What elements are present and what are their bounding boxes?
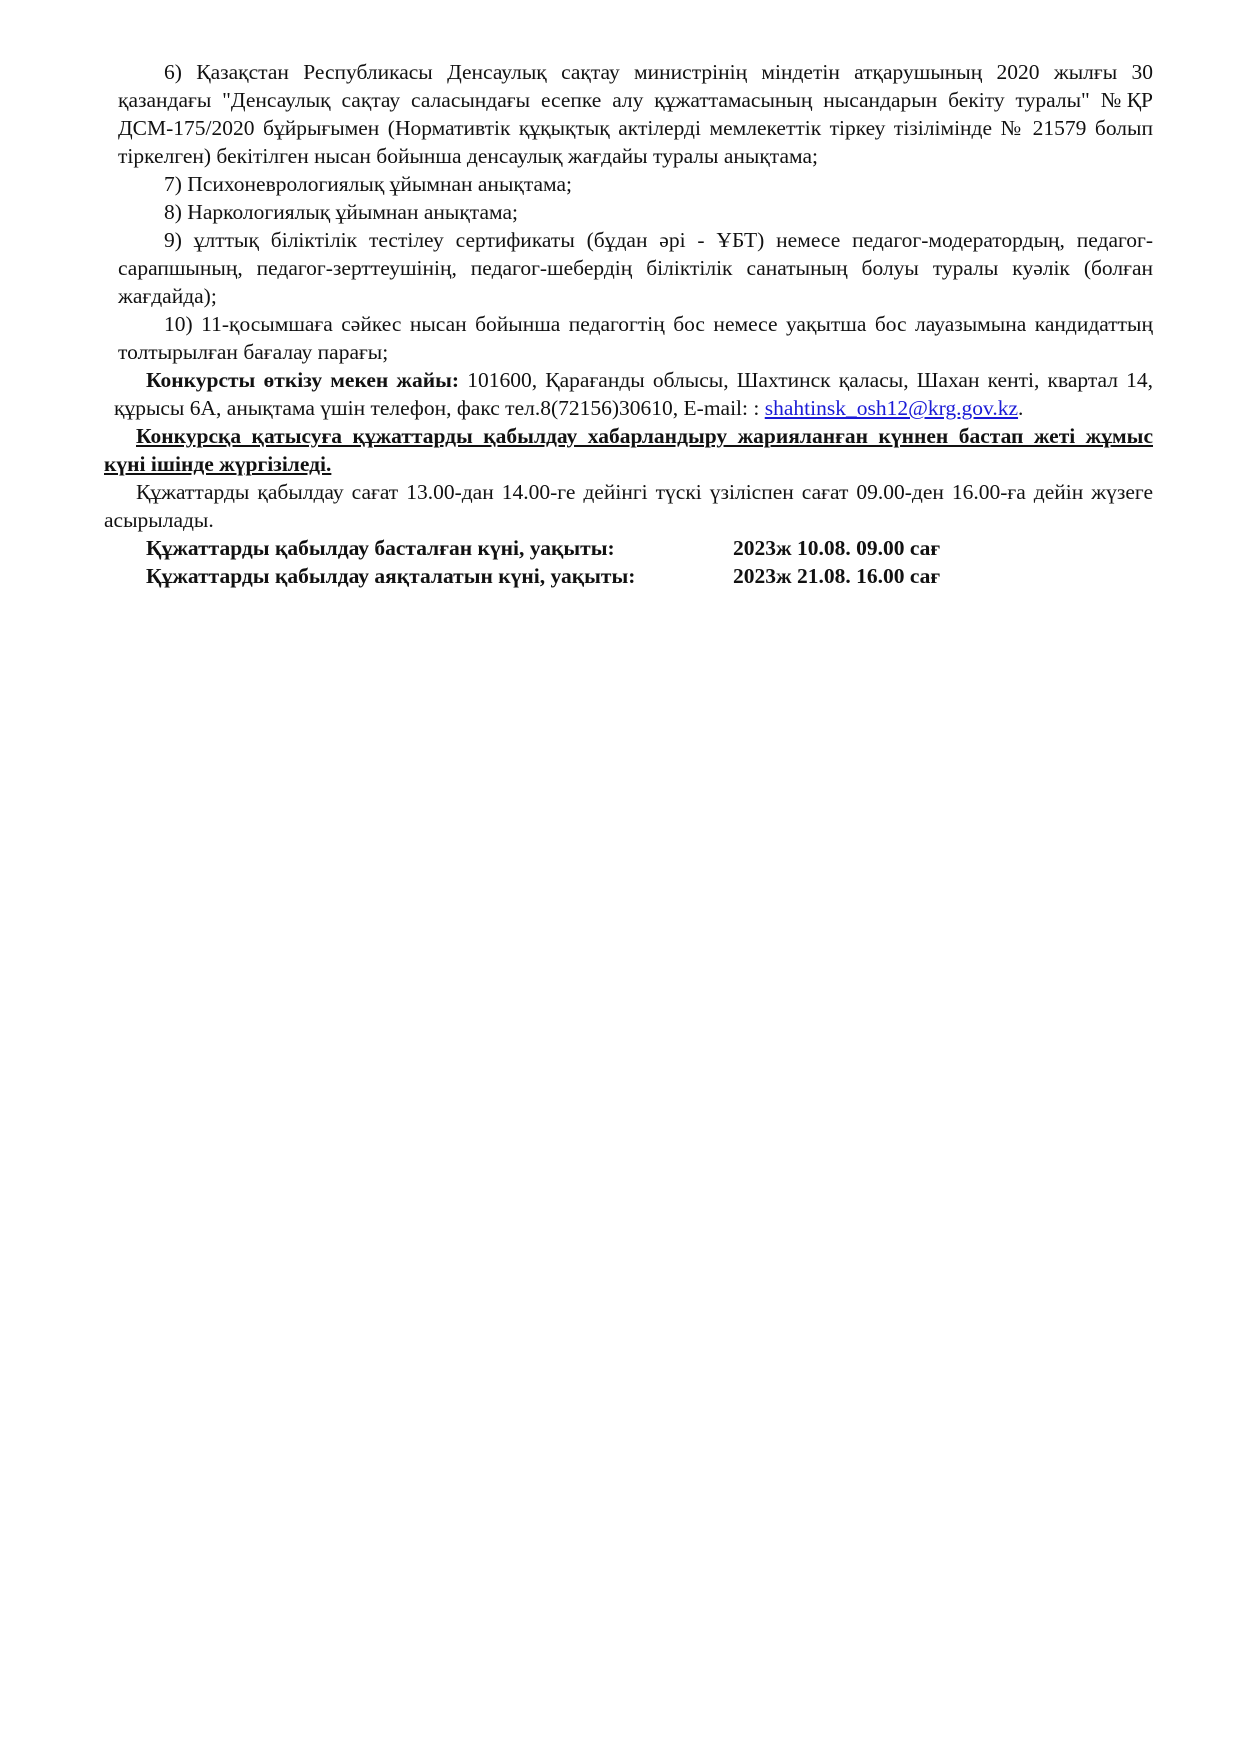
item-text: 11-қосымшаға сәйкес нысан бойынша педаго… <box>118 312 1153 364</box>
item-number: 6) <box>164 60 182 84</box>
list-item-10: 10) 11-қосымшаға сәйкес нысан бойынша пе… <box>118 310 1153 366</box>
end-date-value: 2023ж 21.08. 16.00 сағ <box>733 562 940 590</box>
item-number: 8) <box>164 200 182 224</box>
list-item-7: 7) Психоневрологиялық ұйымнан анықтама; <box>118 170 1153 198</box>
address-trailing: . <box>1018 396 1023 420</box>
item-number: 7) <box>164 172 182 196</box>
start-date-label: Құжаттарды қабылдау басталған күні, уақы… <box>146 534 733 562</box>
item-text: ұлттық біліктілік тестілеу сертификаты (… <box>118 228 1153 308</box>
item-text: Психоневрологиялық ұйымнан анықтама; <box>187 172 572 196</box>
list-item-8: 8) Наркологиялық ұйымнан анықтама; <box>118 198 1153 226</box>
email-link[interactable]: shahtinsk_osh12@krg.gov.kz <box>765 396 1018 420</box>
item-number: 10) <box>164 312 193 336</box>
item-text: Қазақстан Республикасы Денсаулық сақтау … <box>118 60 1153 168</box>
document-page: 6) Қазақстан Республикасы Денсаулық сақт… <box>118 58 1153 590</box>
item-number: 9) <box>164 228 182 252</box>
reception-hours: Құжаттарды қабылдау сағат 13.00-дан 14.0… <box>104 478 1153 534</box>
item-text: Наркологиялық ұйымнан анықтама; <box>187 200 518 224</box>
start-date-value: 2023ж 10.08. 09.00 сағ <box>733 534 940 562</box>
reception-dates: Құжаттарды қабылдау басталған күні, уақы… <box>114 534 1153 590</box>
list-item-6: 6) Қазақстан Республикасы Денсаулық сақт… <box>118 58 1153 170</box>
submission-notice: Конкурсқа қатысуға құжаттарды қабылдау х… <box>104 422 1153 478</box>
start-date-row: Құжаттарды қабылдау басталған күні, уақы… <box>114 534 1153 562</box>
end-date-row: Құжаттарды қабылдау аяқталатын күні, уақ… <box>114 562 1153 590</box>
end-date-label: Құжаттарды қабылдау аяқталатын күні, уақ… <box>146 562 733 590</box>
address-label: Конкурсты өткізу мекен жайы: <box>146 368 459 392</box>
contest-address: Конкурсты өткізу мекен жайы: 101600, Қар… <box>114 366 1153 422</box>
list-item-9: 9) ұлттық біліктілік тестілеу сертификат… <box>118 226 1153 310</box>
